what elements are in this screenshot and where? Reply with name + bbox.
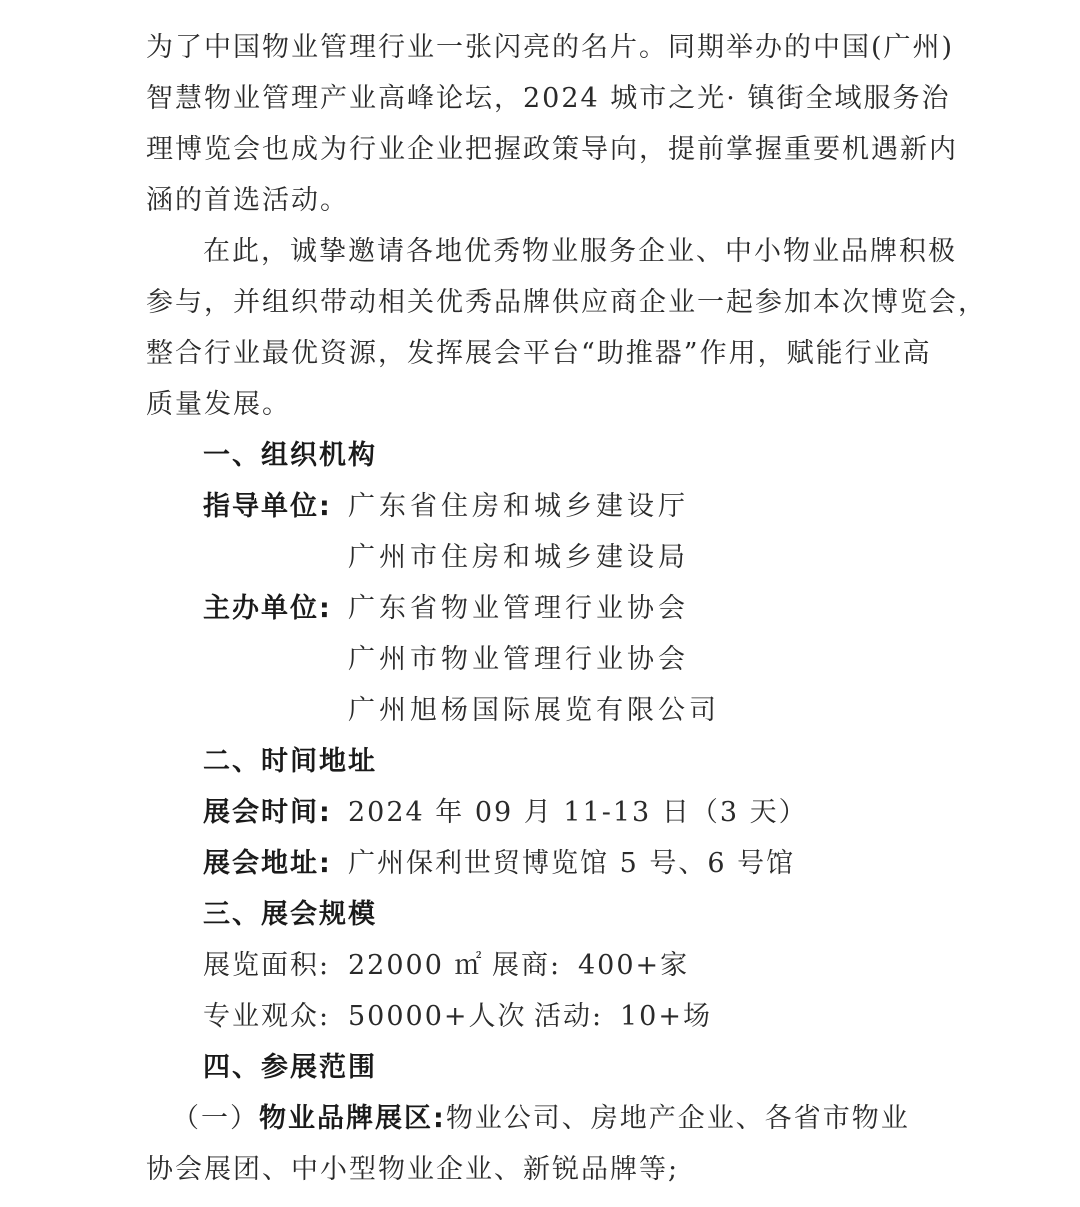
guiding-unit-label: 指导单位:: [203, 489, 332, 525]
exhibition-address-label: 展会地址:: [203, 846, 332, 882]
host-unit-label: 主办单位:: [203, 591, 332, 627]
paragraph-1-line-1: 为了中国物业管理行业一张闪亮的名片。同期举办的中国(广州): [146, 30, 954, 66]
paragraph-1-line-4: 涵的首选活动。: [146, 183, 349, 219]
exhibition-area-label: 展览面积:: [203, 948, 330, 984]
scope-item-1-prefix: （一）: [172, 1103, 259, 1134]
scope-item-1-label: 物业品牌展区:: [259, 1103, 446, 1134]
scope-item-1-line-2: 协会展团、中小型物业企业、新锐品牌等;: [146, 1152, 679, 1188]
section-heading-scope: 四、参展范围: [203, 1050, 377, 1086]
paragraph-2-line-1: 在此，诚挚邀请各地优秀物业服务企业、中小物业品牌积极: [203, 234, 957, 270]
paragraph-1-line-2: 智慧物业管理产业高峰论坛，2024 城市之光· 镇街全域服务治: [146, 81, 950, 117]
document-page: 为了中国物业管理行业一张闪亮的名片。同期举办的中国(广州) 智慧物业管理产业高峰…: [0, 0, 1080, 1207]
paragraph-2-line-2: 参与，并组织带动相关优秀品牌供应商企业一起参加本次博览会，: [146, 285, 987, 321]
scope-item-1: （一）物业品牌展区:物业公司、房地产企业、各省市物业: [172, 1101, 910, 1137]
section-heading-time-place: 二、时间地址: [203, 744, 377, 780]
exhibition-time-value: 2024 年 09 月 11-13 日（3 天）: [348, 795, 808, 831]
exhibition-address-value: 广州保利世贸博览馆 5 号、6 号馆: [348, 846, 795, 882]
guiding-unit-1: 广东省住房和城乡建设厅: [348, 489, 689, 525]
audience-label: 专业观众:: [203, 999, 330, 1035]
paragraph-2-line-3: 整合行业最优资源，发挥展会平台“助推器”作用，赋能行业高: [146, 336, 932, 372]
events-label: 活动:: [534, 999, 603, 1035]
audience-value: 50000+人次: [348, 999, 527, 1035]
scope-item-1-line-1: 物业公司、房地产企业、各省市物业: [446, 1103, 910, 1134]
paragraph-2-line-4: 质量发展。: [146, 387, 291, 423]
guiding-unit-2: 广州市住房和城乡建设局: [348, 540, 689, 576]
section-heading-scale: 三、展会规模: [203, 897, 377, 933]
section-heading-organization: 一、组织机构: [203, 438, 377, 474]
host-unit-2: 广州市物业管理行业协会: [348, 642, 689, 678]
events-value: 10+场: [620, 999, 712, 1035]
host-unit-1: 广东省物业管理行业协会: [348, 591, 689, 627]
exhibition-area-value: 22000 ㎡: [348, 948, 483, 984]
paragraph-1-line-3: 理博览会也成为行业企业把握政策导向，提前掌握重要机遇新内: [146, 132, 958, 168]
exhibitors-value: 400+家: [578, 948, 689, 984]
host-unit-3: 广州旭杨国际展览有限公司: [348, 693, 720, 729]
exhibition-time-label: 展会时间:: [203, 795, 332, 831]
exhibitors-label: 展商:: [492, 948, 561, 984]
